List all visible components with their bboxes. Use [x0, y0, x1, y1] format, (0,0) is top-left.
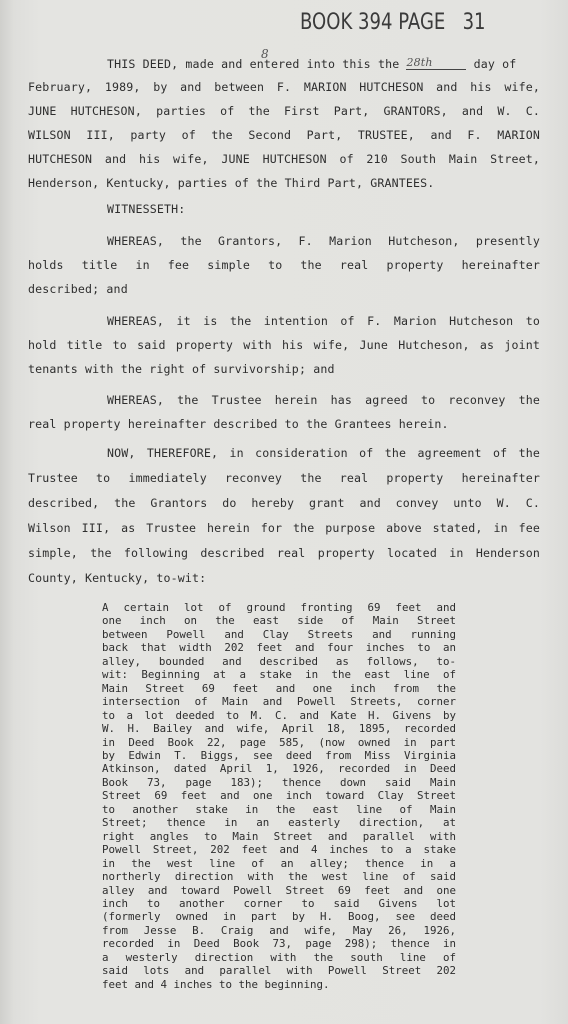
- description-line: a westerly direction with the south line…: [102, 951, 456, 964]
- paragraph-line: holds title in fee simple to the real pr…: [28, 258, 540, 272]
- paragraph-line: JUNE HUTCHESON, parties of the First Par…: [28, 104, 540, 118]
- paragraph-line: County, Kentucky, to-wit:: [28, 571, 540, 585]
- description-line: Atkinson, dated April 1, 1926, recorded …: [102, 762, 456, 775]
- description-line: to a lot deeded to M. C. and Kate H. Giv…: [102, 709, 456, 722]
- paragraph-line: WILSON III, party of the Second Part, TR…: [28, 128, 540, 142]
- page-number: 31: [463, 10, 486, 35]
- day-blank: 28th: [406, 55, 466, 70]
- description-line: (formerly owned in part by H. Boog, see …: [102, 910, 456, 923]
- whereas-2-first-line: WHEREAS, it is the intention of F. Mario…: [107, 314, 540, 328]
- description-line: Main Street 69 feet and one inch from th…: [102, 682, 456, 695]
- book-page-stamp: BOOK 394 PAGE 31: [300, 10, 486, 35]
- whereas-3-first-line: WHEREAS, the Trustee herein has agreed t…: [107, 393, 540, 407]
- paragraph-line: hold title to said property with his wif…: [28, 338, 540, 352]
- description-line: Street 69 feet and one inch toward Clay …: [102, 789, 456, 802]
- description-line: between Powell and Clay Streets and runn…: [102, 628, 456, 641]
- book-label: BOOK: [300, 10, 352, 35]
- description-line: recorded in Deed Book 73, page 298); the…: [102, 937, 456, 950]
- description-line: from Jesse B. Craig and wife, May 26, 19…: [102, 924, 456, 937]
- paragraph-line: Trustee to immediately reconvey the real…: [28, 471, 540, 485]
- description-line: wit: Beginning at a stake in the east li…: [102, 668, 456, 681]
- paragraph-line: Wilson III, as Trustee herein for the pu…: [28, 521, 540, 535]
- description-line: alley, bounded and described as follows,…: [102, 655, 456, 668]
- description-line: Book 73, page 183); thence down said Mai…: [102, 776, 456, 789]
- paragraph-line: HUTCHESON and his wife, JUNE HUTCHESON o…: [28, 152, 540, 166]
- description-line: back that width 202 feet and four inches…: [102, 641, 456, 654]
- description-line: W. H. Bailey and wife, April 18, 1895, r…: [102, 722, 456, 735]
- paragraph-line: described; and: [28, 282, 540, 296]
- paragraph-line: real property hereinafter described to t…: [28, 417, 540, 431]
- description-line: to another stake in the east line of Mai…: [102, 803, 456, 816]
- description-line: northerly direction with the west line o…: [102, 870, 456, 883]
- description-line: in the west line of an alley; thence in …: [102, 857, 456, 870]
- paragraph-line: described, the Grantors do hereby grant …: [28, 496, 540, 510]
- property-description: A certain lot of ground fronting 69 feet…: [102, 601, 456, 991]
- deed-page: BOOK 394 PAGE 31 8 THIS DEED, made and e…: [0, 0, 568, 1024]
- description-line: right angles to Main Street and parallel…: [102, 830, 456, 843]
- description-line: in Deed Book 22, page 585, (now owned in…: [102, 736, 456, 749]
- whereas-1-first-line: WHEREAS, the Grantors, F. Marion Hutches…: [107, 234, 540, 248]
- description-line: feet and 4 inches to the beginning.: [102, 978, 456, 991]
- description-line: said lots and parallel with Powell Stree…: [102, 964, 456, 977]
- description-line: one inch on the east side of Main Street: [102, 614, 456, 627]
- paragraph-line: Henderson, Kentucky, parties of the Thir…: [28, 176, 540, 190]
- handwritten-day: 28th: [406, 56, 432, 69]
- description-line: A certain lot of ground fronting 69 feet…: [102, 601, 456, 614]
- description-line: intersection of Main and Powell Streets,…: [102, 695, 456, 708]
- description-line: alley and toward Powell Street 69 feet a…: [102, 884, 456, 897]
- paragraph-line: simple, the following described real pro…: [28, 546, 540, 560]
- witnesseth-heading: WITNESSETH:: [107, 202, 185, 216]
- description-line: by Edwin T. Biggs, see deed from Miss Vi…: [102, 749, 456, 762]
- description-line: Powell Street, 202 feet and 4 inches to …: [102, 843, 456, 856]
- paragraph-line: February, 1989, by and between F. MARION…: [28, 80, 540, 94]
- deed-opening-line: THIS DEED, made and entered into this th…: [107, 57, 516, 72]
- book-number: 394: [358, 10, 392, 35]
- paragraph-line: tenants with the right of survivorship; …: [28, 362, 540, 376]
- description-line: Street; thence in an easterly direction,…: [102, 816, 456, 829]
- page-label: PAGE: [398, 10, 445, 35]
- now-therefore-first-line: NOW, THEREFORE, in consideration of the …: [107, 446, 540, 460]
- description-line: inch to another corner to said Givens lo…: [102, 897, 456, 910]
